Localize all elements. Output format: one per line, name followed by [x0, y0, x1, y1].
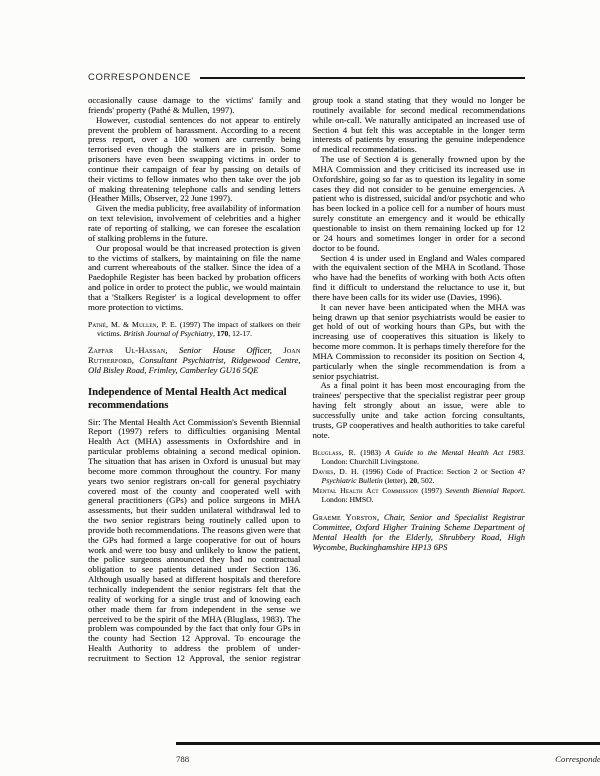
letter-stalkers-register: occasionally cause damage to the victims… [88, 96, 301, 375]
reference-journal: British Journal of Psychiatry [123, 329, 212, 338]
paragraph: Our proposal would be that increased pro… [88, 244, 301, 313]
reference-pages: , 12-17. [228, 329, 252, 338]
author-affiliation: , Senior House Officer, [165, 345, 283, 355]
page-footer: 788 Correspondence [176, 742, 600, 764]
paragraph: occasionally cause damage to the victims… [88, 96, 301, 116]
reference-mhac: Mental Health Act Commission (1997) Seve… [313, 486, 526, 504]
page-content: CORRESPONDENCE occasionally cause damage… [88, 72, 525, 666]
reference-bluglass: Bluglass, R. (1983) A Guide to the Menta… [313, 448, 526, 466]
running-title: Correspondence [555, 754, 600, 764]
reference-pathe-mullen: Pathé, M. & Mullen, P. E. (1997) The imp… [88, 320, 301, 338]
author-name: Zaffar Ul-Hassan [88, 345, 165, 355]
reference-authors: Mental Health Act Commission [313, 486, 418, 495]
reference-journal: Psychiatric Bulletin [322, 476, 383, 485]
footer-row: 788 Correspondence [176, 754, 600, 764]
journal-page: CORRESPONDENCE occasionally cause damage… [0, 0, 600, 776]
reference-authors: Pathé, M. & Mullen, P. E. [88, 320, 177, 329]
signature-block: Zaffar Ul-Hassan, Senior House Officer, … [88, 345, 301, 376]
reference-report-title: Seventh Biennial Report [445, 486, 523, 495]
paragraph: It can never have been anticipated when … [313, 303, 526, 382]
reference-book-title: A Guide to the Mental Health Act 1983 [385, 448, 523, 457]
reference-authors: Davies, D. H. [313, 467, 359, 476]
reference-pages: , 502. [417, 476, 434, 485]
footer-rule [176, 742, 600, 745]
author-name: Graeme Yorston [313, 512, 377, 522]
signature-block: Graeme Yorston, Chair, Senior and Specia… [313, 512, 526, 553]
reference-text: (letter), [383, 476, 410, 485]
reference-text: (1997) [418, 486, 445, 495]
paragraph: Given the media publicity, free availabi… [88, 204, 301, 243]
paragraph: As a final point it has been most encour… [313, 381, 526, 440]
two-column-text: occasionally cause damage to the victims… [88, 96, 525, 666]
section-header-label: CORRESPONDENCE [88, 72, 191, 83]
paragraph: Section 4 is under used in England and W… [313, 254, 526, 303]
page-header: CORRESPONDENCE [88, 72, 525, 83]
header-rule [200, 77, 525, 79]
letter-title: Independence of Mental Health Act medica… [88, 387, 301, 412]
reference-text: (1996) Code of Practice: Section 2 or Se… [359, 467, 525, 476]
reference-authors: Bluglass, R. [313, 448, 356, 457]
reference-volume: 170 [217, 329, 229, 338]
reference-list: Bluglass, R. (1983) A Guide to the Menta… [313, 448, 526, 504]
page-number: 788 [176, 754, 189, 764]
paragraph: The use of Section 4 is generally frowne… [313, 155, 526, 253]
reference-volume: 20 [409, 476, 417, 485]
reference-text: (1983) [356, 448, 385, 457]
reference-davies: Davies, D. H. (1996) Code of Practice: S… [313, 467, 526, 485]
paragraph: However, custodial sentences do not appe… [88, 116, 301, 205]
